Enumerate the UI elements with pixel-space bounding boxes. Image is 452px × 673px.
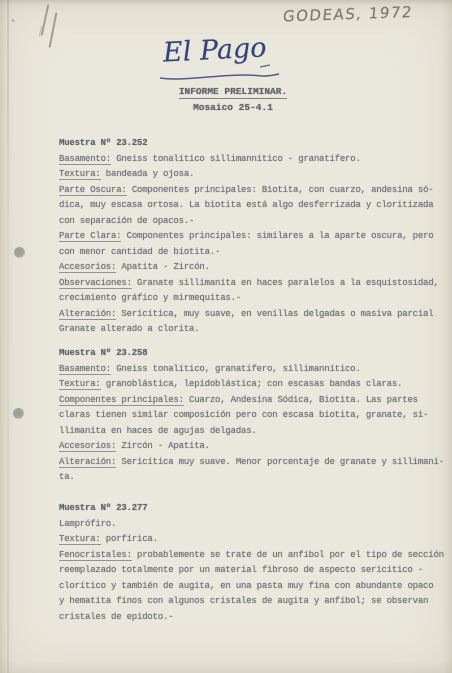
field-label: Basamento: bbox=[59, 154, 111, 165]
field-text: Granate alterado a clorita. bbox=[59, 324, 199, 334]
report-line: crecimiento gráfico y mirmequitas.- bbox=[59, 291, 452, 307]
field-text: claras tienen similar composición pero c… bbox=[59, 410, 428, 420]
report-line: Alteración: Sericítica muy suave. Menor … bbox=[59, 455, 452, 471]
report-line: cristales de epidoto.- bbox=[59, 610, 452, 626]
field-label: Fenocristales: bbox=[59, 550, 132, 561]
report-line: Accesorios: Apatita - Zircón. bbox=[59, 260, 452, 276]
report-line: reemplazado totalmente por un material f… bbox=[59, 563, 452, 579]
punch-hole bbox=[14, 247, 25, 258]
field-text: Apatita - Zircón. bbox=[116, 262, 210, 272]
report-title-line1: INFORME PRELIMINAR. bbox=[179, 86, 287, 99]
report-line: con separación de opacos.- bbox=[59, 214, 452, 230]
report-line: Basamento: Gneiss tonalítico sillimannít… bbox=[59, 152, 452, 168]
report-line: Fenocristales: probablemente se trate de… bbox=[59, 548, 452, 564]
field-label: Textura: bbox=[59, 169, 101, 180]
report-line: Lamprófiro. bbox=[59, 517, 452, 533]
field-text: Componentes principales: similares a la … bbox=[121, 231, 433, 241]
report-line: Accesorios: Zircón - Apatita. bbox=[59, 439, 452, 455]
field-label: Accesorios: bbox=[59, 441, 116, 452]
report-line: Componentes principales: Cuarzo, Andesin… bbox=[59, 393, 452, 409]
field-label: Basamento: bbox=[59, 364, 111, 375]
report-line: Basamento: Gneiss tonalítico, granatífer… bbox=[59, 362, 452, 378]
report-line: Parte Oscura: Componentes principales: B… bbox=[59, 183, 452, 199]
report-subtitle-mosaic: Mosaico 25-4.1 bbox=[193, 102, 273, 115]
field-text: llimanita en haces de agujas delgadas. bbox=[59, 426, 257, 436]
field-text: granoblástica, lepidoblástica; con escas… bbox=[101, 379, 403, 389]
paper-crease bbox=[7, 0, 9, 673]
ink-speck bbox=[12, 19, 14, 22]
field-text: Sericítica muy suave. Menor porcentaje d… bbox=[116, 457, 444, 467]
field-text: Gneiss tonalítico, granatífero, silliman… bbox=[111, 364, 361, 374]
report-line: ta. bbox=[59, 470, 452, 486]
field-label: Observaciones: bbox=[59, 278, 132, 289]
report-line: clorítico y también de augita, en una pa… bbox=[59, 579, 452, 595]
field-label: Parte Oscura: bbox=[59, 185, 127, 196]
report-line: llimanita en haces de agujas delgadas. bbox=[59, 424, 452, 440]
scanned-page: GODEAS, 1972 El Pago INFORME PRELIMINAR.… bbox=[0, 0, 452, 673]
sample-heading: Muestra Nº 23.258 bbox=[59, 346, 147, 362]
field-text: Lamprófiro. bbox=[59, 519, 116, 529]
report-line: Parte Clara: Componentes principales: si… bbox=[59, 229, 452, 245]
field-text: Gneiss tonalítico sillimannítico - grana… bbox=[111, 154, 361, 164]
field-text: Zircón - Apatita. bbox=[116, 441, 210, 451]
report-title: INFORME PRELIMINAR. Mosaico 25-4.1 bbox=[120, 83, 346, 114]
sample-section: Muestra Nº 23.277Lamprófiro.Textura: por… bbox=[59, 501, 452, 625]
field-text: Cuarzo, Andesina Sódica, Biotita. Las pa… bbox=[184, 395, 418, 405]
field-label: Accesorios: bbox=[59, 262, 116, 273]
field-label: Alteración: bbox=[59, 457, 116, 468]
report-line: Textura: granoblástica, lepidoblástica; … bbox=[59, 377, 452, 393]
field-text: clorítico y también de augita, en una pa… bbox=[59, 581, 433, 591]
report-line: y hematita finos con algunos cristales d… bbox=[59, 594, 452, 610]
pencil-stroke bbox=[41, 4, 49, 36]
sample-heading: Muestra Nº 23.252 bbox=[59, 136, 147, 152]
report-line: con menor cantidad de biotita.- bbox=[59, 245, 452, 261]
sample-section: Muestra Nº 23.258Basamento: Gneiss tonal… bbox=[59, 346, 452, 486]
field-text: ta. bbox=[59, 472, 75, 482]
field-text: dica, muy escasa ortosa. La biotita está… bbox=[59, 200, 433, 210]
report-line: Textura: porfírica. bbox=[59, 532, 452, 548]
field-text: con menor cantidad de biotita.- bbox=[59, 247, 220, 257]
field-text: cristales de epidoto.- bbox=[59, 612, 173, 622]
field-label: Textura: bbox=[59, 534, 101, 545]
pencil-stroke bbox=[49, 12, 57, 48]
report-line: Textura: bandeada y ojosa. bbox=[59, 167, 452, 183]
field-text: porfírica. bbox=[101, 534, 158, 544]
field-text: probablemente se trate de un anfíbol por… bbox=[132, 550, 444, 560]
field-label: Parte Clara: bbox=[59, 231, 121, 242]
sample-heading: Muestra Nº 23.277 bbox=[59, 501, 147, 517]
punch-hole bbox=[13, 408, 24, 419]
report-line: Granate alterado a clorita. bbox=[59, 322, 452, 338]
field-text: reemplazado totalmente por un material f… bbox=[59, 565, 423, 575]
field-label: Alteración: bbox=[59, 309, 116, 320]
field-label: Textura: bbox=[59, 379, 101, 390]
report-line: Alteración: Sericítica, muy suave, en ve… bbox=[59, 307, 452, 323]
field-text: bandeada y ojosa. bbox=[101, 169, 195, 179]
sample-section: Muestra Nº 23.252Basamento: Gneiss tonal… bbox=[59, 136, 452, 338]
report-line: claras tienen similar composición pero c… bbox=[59, 408, 452, 424]
field-label: Componentes principales: bbox=[59, 395, 184, 406]
handwritten-location-note: El Pago bbox=[162, 30, 303, 68]
field-text: crecimiento gráfico y mirmequitas.- bbox=[59, 293, 241, 303]
field-text: Sericítica, muy suave, en venillas delga… bbox=[116, 309, 433, 319]
handwritten-author-year: GODEAS, 1972 bbox=[282, 3, 424, 26]
report-line: dica, muy escasa ortosa. La biotita está… bbox=[59, 198, 452, 214]
field-text: y hematita finos con algunos cristales d… bbox=[59, 596, 428, 606]
report-line: Observaciones: Granate sillimanita en ha… bbox=[59, 276, 452, 292]
field-text: Granate sillimanita en haces paralelos a… bbox=[132, 278, 439, 288]
field-text: Componentes principales: Biotita, con cu… bbox=[127, 185, 434, 195]
field-text: con separación de opacos.- bbox=[59, 216, 194, 226]
